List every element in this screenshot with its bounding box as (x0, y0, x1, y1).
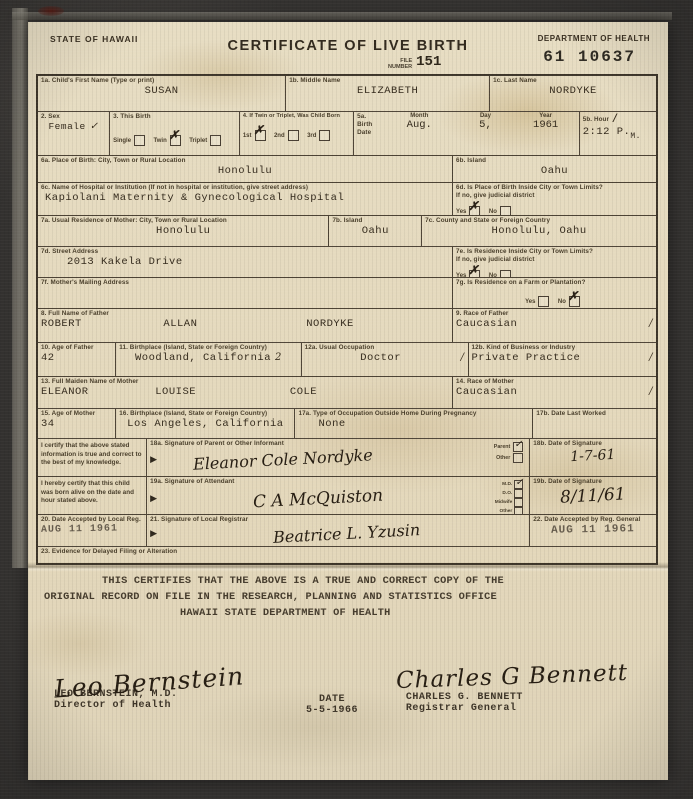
handwritten-signature: Charles G Bennett (395, 660, 628, 694)
hand-tick: / (649, 352, 653, 363)
row-sex-birth: 2. Sex Female✓ 3. This Birth Single Twin… (38, 111, 656, 155)
informant-type-options: Parent✓ Other (494, 442, 528, 463)
field-value: NORDYKE (493, 85, 653, 97)
field-sex: 2. Sex Female✓ (38, 112, 109, 155)
hand-tick: 2 (275, 352, 282, 363)
field-mother-name: 13. Full Maiden Name of Mother ELEANOR L… (38, 377, 452, 408)
x-mark-icon: ✗ (468, 199, 478, 213)
check-mark-icon: ✓ (515, 477, 523, 488)
certify-statement-parent: I certify that the above stated informat… (38, 439, 146, 476)
scan-edge-top (12, 12, 672, 20)
checkbox-icon: ✗ (255, 130, 266, 141)
certification-line: HAWAII STATE DEPARTMENT OF HEALTH (38, 606, 654, 622)
mother-first: ELEANOR (41, 386, 155, 398)
field-value: Private Practice/ (472, 352, 653, 364)
field-label: 23. Evidence for Delayed Filing or Alter… (41, 548, 653, 556)
certification-line: THIS CERTIFIES THAT THE ABOVE IS A TRUE … (38, 574, 654, 590)
checkbox-icon: ✓ (513, 442, 523, 452)
certificate-paper: STATE OF HAWAII CERTIFICATE OF LIVE BIRT… (28, 22, 668, 780)
field-label: 1a. Child's First Name (Type or print) (41, 77, 282, 85)
field-place-of-birth: 6a. Place of Birth: City, Town or Rural … (38, 156, 452, 182)
handwritten-signature: Beatrice L. Yzusin (273, 520, 421, 546)
birth-certificate-form: 1a. Child's First Name (Type or print) S… (36, 74, 658, 565)
certify-text: I certify that the above stated informat… (41, 440, 143, 468)
field-father-birthplace: 11. Birthplace (Island, State or Foreign… (115, 343, 300, 376)
field-value: None (298, 418, 529, 430)
checkbox-option-3rd: 3rd (307, 130, 330, 141)
field-parent-signature-date: 18b. Date of Signature 1-7-61 (529, 439, 656, 476)
field-value: Oahu (332, 225, 418, 237)
field-mother-residence: 7a. Usual Residence of Mother: City, Tow… (38, 216, 328, 246)
checkbox-option-twin: Twin✗ (154, 135, 181, 146)
field-farm-plantation: 7g. Is Residence on a Farm or Plantation… (452, 278, 656, 308)
field-sublabel: If no, give judicial district (456, 256, 653, 264)
field-value: SUSAN (41, 85, 282, 97)
father-middle: ALLAN (163, 318, 306, 330)
date-stamp: AUG 11 1961 (533, 523, 653, 537)
birth-year: Year1961 (516, 113, 576, 154)
column-value: Aug. (383, 119, 455, 131)
scan-edge-strip (12, 8, 28, 568)
checkbox-icon: ✗ (469, 270, 480, 277)
check-mark-icon: ✓ (514, 439, 522, 450)
field-label: 7d. Street Address (41, 248, 449, 256)
checkbox-label: Yes (456, 273, 466, 277)
hand-tick: ✓ (90, 121, 99, 132)
date-stamp: AUG 11 1961 (41, 523, 143, 536)
field-label: 7f. Mother's Mailing Address (41, 279, 449, 287)
attendant-type-options: M.D.✓ D.O. Midwife Other (495, 480, 528, 514)
x-mark-icon: ✗ (568, 289, 578, 303)
row-father-details: 10. Age of Father 42 11. Birthplace (Isl… (38, 342, 656, 376)
field-value: Caucasian/ (456, 386, 653, 398)
field-birth-city-limits: 6d. Is Place of Birth Inside City or Tow… (452, 183, 656, 215)
checkbox-do: D.O. (502, 489, 523, 498)
department-label: DEPARTMENT OF HEALTH (538, 34, 650, 43)
field-value: ELIZABETH (289, 85, 486, 97)
field-father-occupation: 12a. Usual Occupation Doctor/ (301, 343, 468, 376)
field-label: 7e. Is Residence Inside City or Town Lim… (456, 248, 653, 256)
director-signature-block: Leo Bernstein LEO BERNSTEIN, M.D. Direct… (54, 668, 244, 711)
field-label: 9. Race of Father (456, 310, 653, 318)
field-value: Honolulu, Oahu (425, 225, 653, 237)
field-local-registrar-signature: 21. Signature of Local Registrar ▶ Beatr… (146, 515, 529, 546)
paper-seam (28, 562, 668, 572)
field-label: 13. Full Maiden Name of Mother (41, 378, 449, 386)
checkbox-label: 1st (243, 133, 252, 139)
date-label: DATE (306, 694, 358, 705)
field-father-name: 8. Full Name of Father ROBERT ALLAN NORD… (38, 309, 452, 342)
field-father-age: 10. Age of Father 42 (38, 343, 115, 376)
father-last: NORDYKE (306, 318, 354, 330)
red-smudge (38, 6, 64, 16)
certificate-number: 61 10637 (543, 48, 636, 66)
field-label: 6c. Name of Hospital or Institution (If … (41, 184, 449, 192)
field-value: 42 (41, 352, 112, 364)
file-label-bottom: NUMBER (388, 64, 412, 70)
mother-last: COLE (290, 386, 317, 398)
checkbox-icon (319, 130, 330, 141)
field-twin-order: 4. If Twin or Triplet, Was Child Born 1s… (239, 112, 353, 155)
field-mother-birthplace: 16. Birthplace (Island, State or Foreign… (115, 409, 294, 438)
field-value: Honolulu (41, 165, 449, 177)
row-place-of-birth: 6a. Place of Birth: City, Town or Rural … (38, 155, 656, 182)
certify-statement-attendant: I hereby certify that this child was bor… (38, 477, 146, 514)
field-label: 7g. Is Residence on a Farm or Plantation… (456, 279, 653, 287)
x-mark-icon: ✗ (169, 128, 179, 142)
checkbox-option-2nd: 2nd (274, 130, 299, 141)
photo-background: STATE OF HAWAII CERTIFICATE OF LIVE BIRT… (0, 0, 693, 799)
field-value: Female✓ (41, 121, 106, 132)
row-mother-residence: 7a. Usual Residence of Mother: City, Tow… (38, 215, 656, 246)
field-label: 2. Sex (41, 113, 106, 121)
handwritten-signature: C A McQuiston (253, 485, 384, 512)
document-header: STATE OF HAWAII CERTIFICATE OF LIVE BIRT… (36, 26, 660, 72)
field-mother-race: 14. Race of Mother Caucasian/ (452, 377, 656, 408)
row-mother-name: 13. Full Maiden Name of Mother ELEANOR L… (38, 376, 656, 408)
race-value: Caucasian (456, 318, 517, 330)
field-label: 7a. Usual Residence of Mother: City, Tow… (41, 217, 325, 225)
row-father-name: 8. Full Name of Father ROBERT ALLAN NORD… (38, 308, 656, 342)
birthplace-value: Woodland, California (135, 352, 271, 364)
file-number-value: 151 (416, 54, 441, 70)
checkbox-icon (210, 135, 221, 146)
field-father-business: 12b. Kind of Business or Industry Privat… (468, 343, 656, 376)
field-value: Kapiolani Maternity & Gynecological Hosp… (41, 192, 449, 204)
x-mark-icon: ✗ (254, 123, 264, 137)
field-county-state: 7c. County and State or Foreign Country … (421, 216, 656, 246)
field-father-race: 9. Race of Father Caucasian/ (452, 309, 656, 342)
registrar-signature-block: Charles G Bennett CHARLES G. BENNETT Reg… (396, 664, 628, 714)
field-label: 21. Signature of Local Registrar (150, 516, 526, 524)
field-label: 7c. County and State or Foreign Country (425, 217, 653, 225)
field-island: 6b. Island Oahu (452, 156, 656, 182)
field-label: 6a. Place of Birth: City, Town or Rural … (41, 157, 449, 165)
signer-name: CHARLES G. BENNETT (406, 692, 628, 703)
handwritten-signature: Eleanor Cole Nordyke (193, 445, 373, 473)
field-street-address: 7d. Street Address 2013 Kakela Drive (38, 247, 452, 277)
birth-month: MonthAug. (383, 113, 455, 154)
checkbox-label: Single (113, 138, 131, 144)
checkbox-parent: Parent✓ (494, 442, 524, 452)
field-value: Los Angeles, California (119, 418, 291, 430)
hour-label: 5b. Hour (583, 116, 609, 123)
certification-statement: THIS CERTIFIES THAT THE ABOVE IS A TRUE … (38, 574, 654, 622)
file-number-label: FILE NUMBER (388, 58, 412, 70)
hand-tick: / (649, 318, 653, 329)
checkbox-no: No (489, 206, 511, 215)
file-number-block: FILE NUMBER 151 (388, 54, 441, 70)
row-mailing-address: 7f. Mother's Mailing Address 7g. Is Resi… (38, 277, 656, 308)
field-label: 17b. Date Last Worked (536, 410, 653, 418)
checkbox-icon (513, 453, 523, 463)
hand-tick: / (613, 113, 617, 124)
checkbox-label: 3rd (307, 133, 316, 139)
field-mother-age: 15. Age of Mother 34 (38, 409, 115, 438)
signature-footer: Leo Bernstein LEO BERNSTEIN, M.D. Direct… (28, 646, 668, 776)
race-value: Caucasian (456, 386, 517, 398)
handwritten-date: 8/11/61 (533, 483, 654, 509)
field-date-accepted-local: 20. Date Accepted by Local Reg. AUG 11 1… (38, 515, 146, 546)
hand-tick: / (461, 352, 465, 363)
occupation-value: Doctor (360, 352, 401, 364)
field-label: 1c. Last Name (493, 77, 653, 85)
row-evidence: 23. Evidence for Delayed Filing or Alter… (38, 546, 656, 563)
field-child-first-name: 1a. Child's First Name (Type or print) S… (38, 76, 285, 111)
field-birth-date: 5a. Birth Date MonthAug. Day5, Year1961 (353, 112, 579, 155)
date-block: DATE 5-5-1966 (306, 694, 358, 716)
field-evidence-delayed-filing: 23. Evidence for Delayed Filing or Alter… (38, 547, 656, 563)
field-child-middle-name: 1b. Middle Name ELIZABETH (285, 76, 489, 111)
row-street-address: 7d. Street Address 2013 Kakela Drive 7e.… (38, 246, 656, 277)
certification-line: ORIGINAL RECORD ON FILE IN THE RESEARCH,… (38, 590, 654, 606)
field-residence-city-limits: 7e. Is Residence Inside City or Town Lim… (452, 247, 656, 277)
arrow-icon: ▶ (150, 493, 157, 504)
field-child-last-name: 1c. Last Name NORDYKE (489, 76, 656, 111)
checkbox-label: Yes (456, 209, 466, 215)
row-mother-details: 15. Age of Mother 34 16. Birthplace (Isl… (38, 408, 656, 438)
field-value: Caucasian/ (456, 318, 653, 330)
hour-value: 2:12 P. (583, 126, 631, 138)
field-value: 2013 Kakela Drive (41, 256, 449, 268)
field-label: 8. Full Name of Father (41, 310, 449, 318)
checkbox-icon: ✓ (514, 480, 523, 489)
arrow-icon: ▶ (150, 454, 157, 465)
checkbox-icon (514, 489, 523, 498)
checkbox-icon (134, 135, 145, 146)
father-first: ROBERT (41, 318, 163, 330)
field-label: 3. This Birth (113, 113, 236, 121)
checkbox-yes: Yes (525, 296, 549, 307)
checkbox-other: Other (500, 507, 524, 514)
field-label: 1b. Middle Name (289, 77, 486, 85)
checkbox-label: M.D. (502, 482, 512, 487)
field-mailing-address: 7f. Mother's Mailing Address (38, 278, 452, 308)
business-value: Private Practice (472, 352, 581, 364)
field-label: 11. Birthplace (Island, State or Foreign… (119, 344, 297, 352)
field-date-last-worked: 17b. Date Last Worked (532, 409, 656, 438)
checkbox-label: Parent (494, 444, 511, 450)
field-label: 7b. Island (332, 217, 418, 225)
checkbox-icon (288, 130, 299, 141)
checkbox-label: D.O. (502, 491, 512, 496)
checkbox-md: M.D.✓ (502, 480, 523, 489)
checkbox-icon (514, 507, 523, 514)
column-value: 5, (455, 119, 515, 131)
row-registrar: 20. Date Accepted by Local Reg. AUG 11 1… (38, 514, 656, 546)
checkbox-no: No✗ (558, 296, 580, 307)
field-label: 12a. Usual Occupation (305, 344, 465, 352)
handwritten-date: 1-7-61 (533, 445, 653, 467)
checkbox-icon: ✗ (170, 135, 181, 146)
checkbox-option-1st: 1st✗ (243, 130, 266, 141)
checkbox-label: 2nd (274, 133, 285, 139)
x-mark-icon: ✗ (468, 263, 478, 277)
field-residence-island: 7b. Island Oahu (328, 216, 421, 246)
field-parent-signature: 18a. Signature of Parent or Other Inform… (146, 439, 529, 476)
checkbox-label: Other (500, 509, 513, 514)
field-label: 12b. Kind of Business or Industry (472, 344, 653, 352)
field-label: 14. Race of Mother (456, 378, 653, 386)
checkbox-label: Twin (154, 138, 167, 144)
field-label: 17a. Type of Occupation Outside Home Dur… (298, 410, 529, 418)
field-hour: 5b. Hour/ 2:12 P.M. (579, 112, 656, 155)
sex-value: Female (48, 121, 85, 132)
row-parent-signature: I certify that the above stated informat… (38, 438, 656, 476)
field-label: 6b. Island (456, 157, 653, 165)
field-label: 16. Birthplace (Island, State or Foreign… (119, 410, 291, 418)
mother-middle: LOUISE (155, 386, 290, 398)
field-this-birth: 3. This Birth Single Twin✗ Triplet (109, 112, 239, 155)
field-value: 2:12 P.M. (583, 126, 653, 138)
field-label: 5a. Birth Date (357, 113, 383, 154)
checkbox-icon: ✗ (569, 296, 580, 307)
checkbox-yes: Yes✗ (456, 270, 480, 277)
checkbox-icon (538, 296, 549, 307)
checkbox-option-single: Single (113, 135, 145, 146)
checkbox-label: No (489, 209, 497, 215)
checkbox-label: Midwife (495, 500, 513, 505)
field-label: 5b. Hour/ (583, 113, 653, 126)
checkbox-label: No (558, 299, 566, 305)
field-value: Honolulu (41, 225, 325, 237)
checkbox-icon (500, 270, 511, 277)
certify-text: I hereby certify that this child was bor… (41, 478, 143, 506)
field-hospital: 6c. Name of Hospital or Institution (If … (38, 183, 452, 215)
checkbox-other: Other (496, 453, 523, 463)
birth-day: Day5, (455, 113, 515, 154)
field-value: ELEANOR LOUISE COLE (41, 386, 449, 398)
date-value: 5-5-1966 (306, 705, 358, 716)
column-value: 1961 (516, 119, 576, 131)
checkbox-label: Other (496, 455, 510, 461)
arrow-icon: ▶ (150, 528, 157, 539)
field-date-accepted-general: 22. Date Accepted by Reg. General AUG 11… (529, 515, 656, 546)
field-attendant-signature-date: 19b. Date of Signature 8/11/61 (529, 477, 656, 514)
hand-tick: / (649, 386, 653, 397)
field-value: Oahu (456, 165, 653, 177)
checkbox-no: No (489, 270, 511, 277)
row-attendant-signature: I hereby certify that this child was bor… (38, 476, 656, 514)
field-mother-occupation: 17a. Type of Occupation Outside Home Dur… (294, 409, 532, 438)
field-label: 19a. Signature of Attendant (150, 478, 526, 486)
field-value: ROBERT ALLAN NORDYKE (41, 318, 449, 330)
checkbox-label: Triplet (189, 138, 207, 144)
signer-title: Registrar General (406, 703, 628, 714)
row-child-name: 1a. Child's First Name (Type or print) S… (38, 76, 656, 111)
field-label: 4. If Twin or Triplet, Was Child Born (243, 113, 350, 120)
checkbox-icon (500, 206, 511, 215)
field-sublabel: If no, give judicial district (456, 192, 653, 200)
field-label: 10. Age of Father (41, 344, 112, 352)
field-value: Doctor/ (305, 352, 465, 364)
field-value: Woodland, California2 (119, 352, 297, 364)
checkbox-label: No (489, 273, 497, 277)
checkbox-icon (514, 498, 523, 507)
row-hospital: 6c. Name of Hospital or Institution (If … (38, 182, 656, 215)
hour-meridiem: M. (630, 132, 641, 141)
checkbox-label: Yes (525, 299, 535, 305)
checkbox-icon: ✗ (469, 206, 480, 215)
checkbox-midwife: Midwife (495, 498, 524, 507)
field-label: 15. Age of Mother (41, 410, 112, 418)
field-value: 34 (41, 418, 112, 430)
checkbox-yes: Yes✗ (456, 206, 480, 215)
field-label: 6d. Is Place of Birth Inside City or Tow… (456, 184, 653, 192)
field-attendant-signature: 19a. Signature of Attendant ▶ C A McQuis… (146, 477, 529, 514)
checkbox-option-triplet: Triplet (189, 135, 221, 146)
